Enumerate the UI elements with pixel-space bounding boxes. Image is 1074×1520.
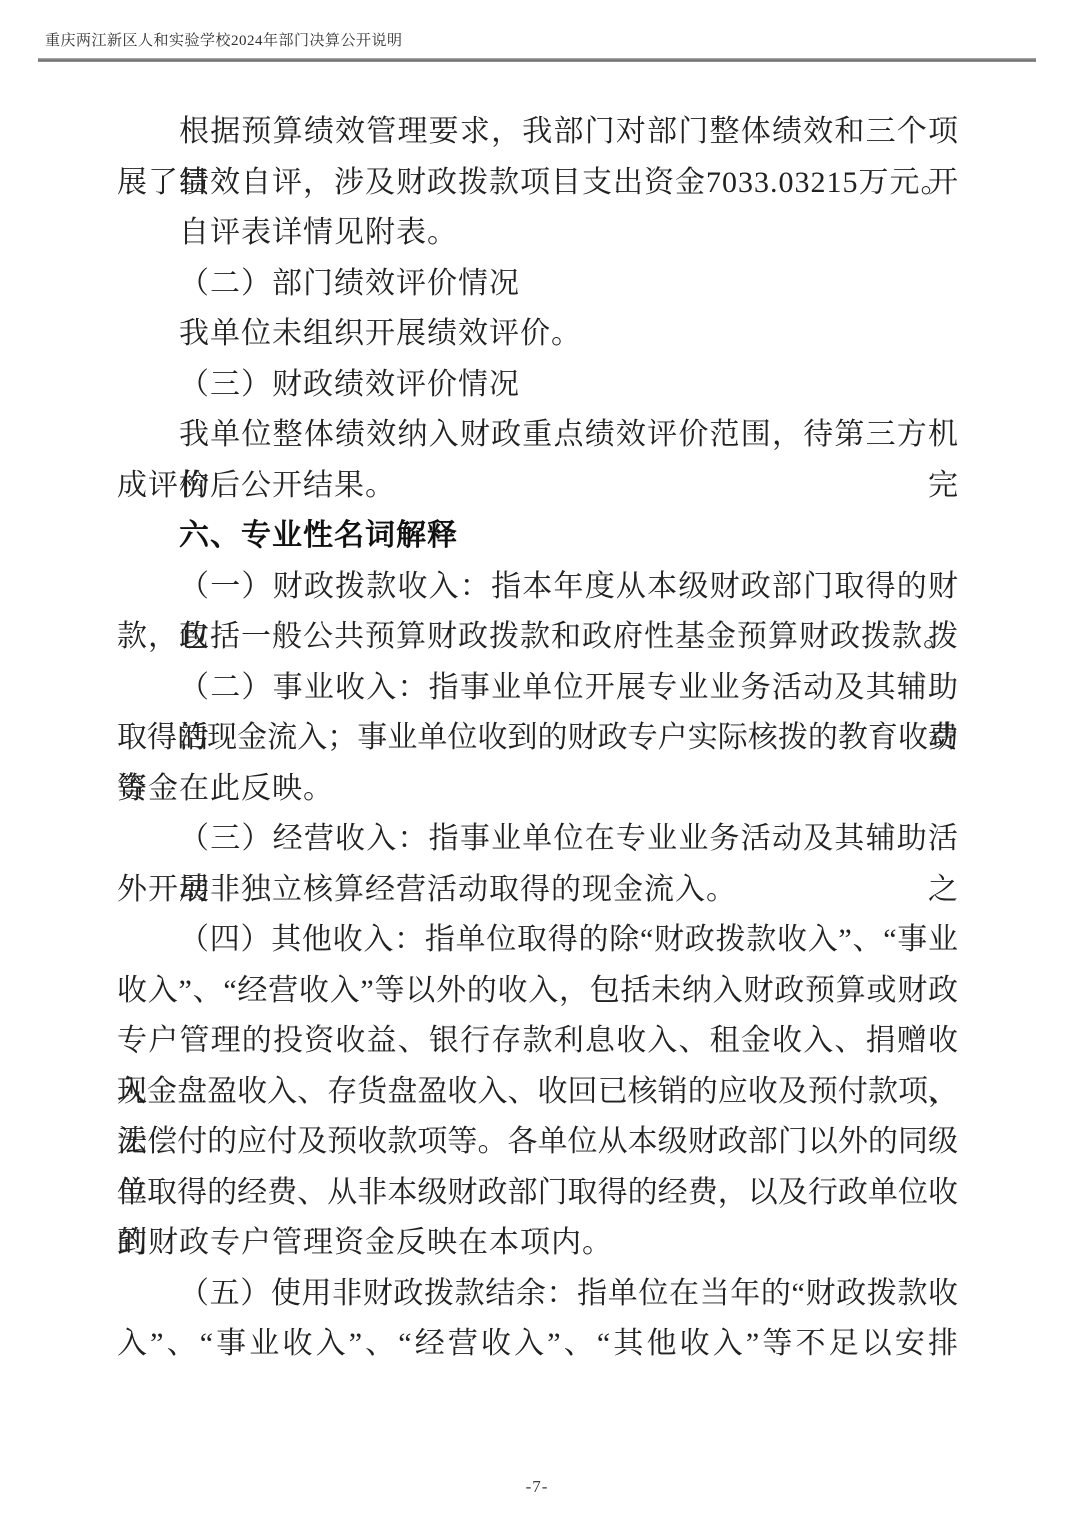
text-line: 展了绩效自评，涉及财政拨款项目支出资金7033.03215万元。	[117, 158, 958, 209]
document-page: 重庆两江新区人和实验学校2024年部门决算公开说明 根据预算绩效管理要求，我部门…	[0, 0, 1074, 1520]
document-body: 根据预算绩效管理要求，我部门对部门整体绩效和三个项目开展了绩效自评，涉及财政拨款…	[117, 107, 958, 1370]
text-line: 法偿付的应付及预收款项等。各单位从本级财政部门以外的同级单	[117, 1117, 958, 1168]
text-line: 专户管理的投资收益、银行存款利息收入、租金收入、捐赠收入，	[117, 1016, 958, 1067]
text-line: 我单位未组织开展绩效评价。	[117, 309, 958, 360]
text-line: （三）财政绩效评价情况	[117, 360, 958, 411]
text-line: 资金在此反映。	[117, 764, 958, 815]
text-line: 取得的现金流入；事业单位收到的财政专户实际核拨的教育收费等	[117, 713, 958, 764]
text-line: 款，包括一般公共预算财政拨款和政府性基金预算财政拨款。	[117, 612, 958, 663]
text-line: 我单位整体绩效纳入财政重点绩效评价范围，待第三方机构完	[117, 410, 958, 461]
text-line: 的财政专户管理资金反映在本项内。	[117, 1218, 958, 1269]
section-heading-line: 六、专业性名词解释	[117, 511, 958, 562]
text-line: 现金盘盈收入、存货盘盈收入、收回已核销的应收及预付款项、无	[117, 1067, 958, 1118]
text-line: 位取得的经费、从非本级财政部门取得的经费，以及行政单位收到	[117, 1168, 958, 1219]
text-line: 收入”、“经营收入”等以外的收入，包括未纳入财政预算或财政	[117, 966, 958, 1017]
text-line: 根据预算绩效管理要求，我部门对部门整体绩效和三个项目开	[117, 107, 958, 158]
page-number: -7-	[0, 1477, 1074, 1497]
text-line: 自评表详情见附表。	[117, 208, 958, 259]
text-line: （四）其他收入：指单位取得的除“财政拨款收入”、“事业	[117, 915, 958, 966]
text-line: （三）经营收入：指事业单位在专业业务活动及其辅助活动之	[117, 814, 958, 865]
page-header-title: 重庆两江新区人和实验学校2024年部门决算公开说明	[45, 31, 403, 51]
text-line: 入”、“事业收入”、“经营收入”、“其他收入”等不足以安排	[117, 1319, 958, 1370]
text-line: （一）财政拨款收入：指本年度从本级财政部门取得的财政拨	[117, 562, 958, 613]
text-line: （五）使用非财政拨款结余：指单位在当年的“财政拨款收	[117, 1269, 958, 1320]
text-line: （二）部门绩效评价情况	[117, 259, 958, 310]
header-divider-rule	[38, 58, 1036, 62]
text-line: （二）事业收入：指事业单位开展专业业务活动及其辅助活动	[117, 663, 958, 714]
